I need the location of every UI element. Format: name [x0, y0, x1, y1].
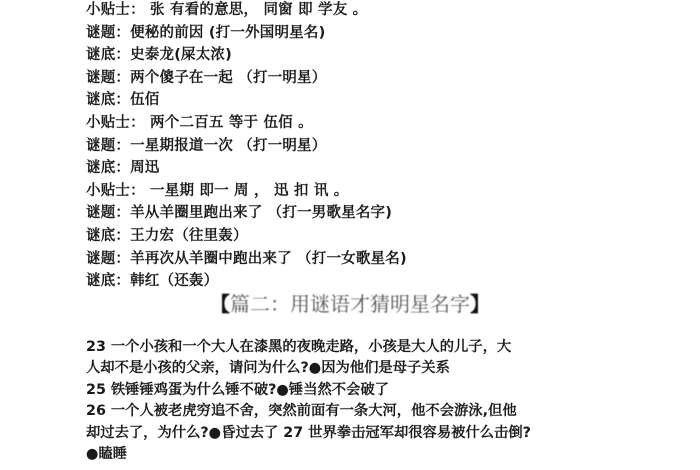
riddle-question: 谜题：羊从羊圈里跑出来了 （打一男歌星名字): [86, 202, 646, 225]
title-open-bracket: 【: [210, 292, 230, 316]
paragraph-line: ●瞌睡: [86, 444, 626, 465]
title-close-bracket: 】: [470, 292, 490, 316]
paragraph-line: 23 一个小孩和一个大人在漆黑的夜晚走路，小孩是大人的儿子，大: [86, 337, 626, 358]
riddle-answer: 谜底：伍佰: [86, 89, 646, 112]
tip-line: 小贴士： 一星期 即一 周 ， 迅 扣 讯 。: [86, 180, 646, 203]
paragraph-line: 却过去了，为什么?●昏过去了 27 世界拳击冠军却很容易被什么击倒?: [86, 423, 626, 444]
tip-line: 小贴士： 两个二百五 等于 伍佰 。: [86, 112, 646, 135]
paragraph-line: 人却不是小孩的父亲，请问为什么?●因为他们是母子关系: [86, 358, 626, 379]
riddle-question: 谜题：两个傻子在一起 （打一明星）: [86, 67, 646, 90]
riddle-answer: 谜底：周迅: [86, 157, 646, 180]
section-title: 【篇二：用谜语才猜明星名字】: [0, 290, 700, 318]
document-page: 小贴士： 张 有看的意思， 同窗 即 学友 。 谜题：便秘的前因 (打一外国明星…: [0, 0, 700, 470]
title-text: 篇二：用谜语才猜明星名字: [230, 292, 470, 316]
riddle-question: 谜题：羊再次从羊圈中跑出来了 （打一女歌星名): [86, 248, 646, 271]
paragraph-line: 26 一个人被老虎穷追不舍，突然前面有一条大河，他不会游泳,但他: [86, 401, 626, 422]
riddle-question: 谜题：一星期报道一次 （打一明星）: [86, 135, 646, 158]
tip-line: 小贴士： 张 有看的意思， 同窗 即 学友 。: [86, 0, 646, 22]
paragraph-line: 25 铁锤锤鸡蛋为什么锤不破?●锤当然不会破了: [86, 380, 626, 401]
riddle-answer: 谜底：史泰龙(屎太浓): [86, 44, 646, 67]
riddle-answer: 谜底：王力宏（往里轰）: [86, 225, 646, 248]
riddle-question: 谜题：便秘的前因 (打一外国明星名): [86, 22, 646, 45]
riddle-list-section-1: 小贴士： 张 有看的意思， 同窗 即 学友 。 谜题：便秘的前因 (打一外国明星…: [86, 0, 646, 293]
riddle-list-section-2: 23 一个小孩和一个大人在漆黑的夜晚走路，小孩是大人的儿子，大 人却不是小孩的父…: [86, 337, 626, 465]
